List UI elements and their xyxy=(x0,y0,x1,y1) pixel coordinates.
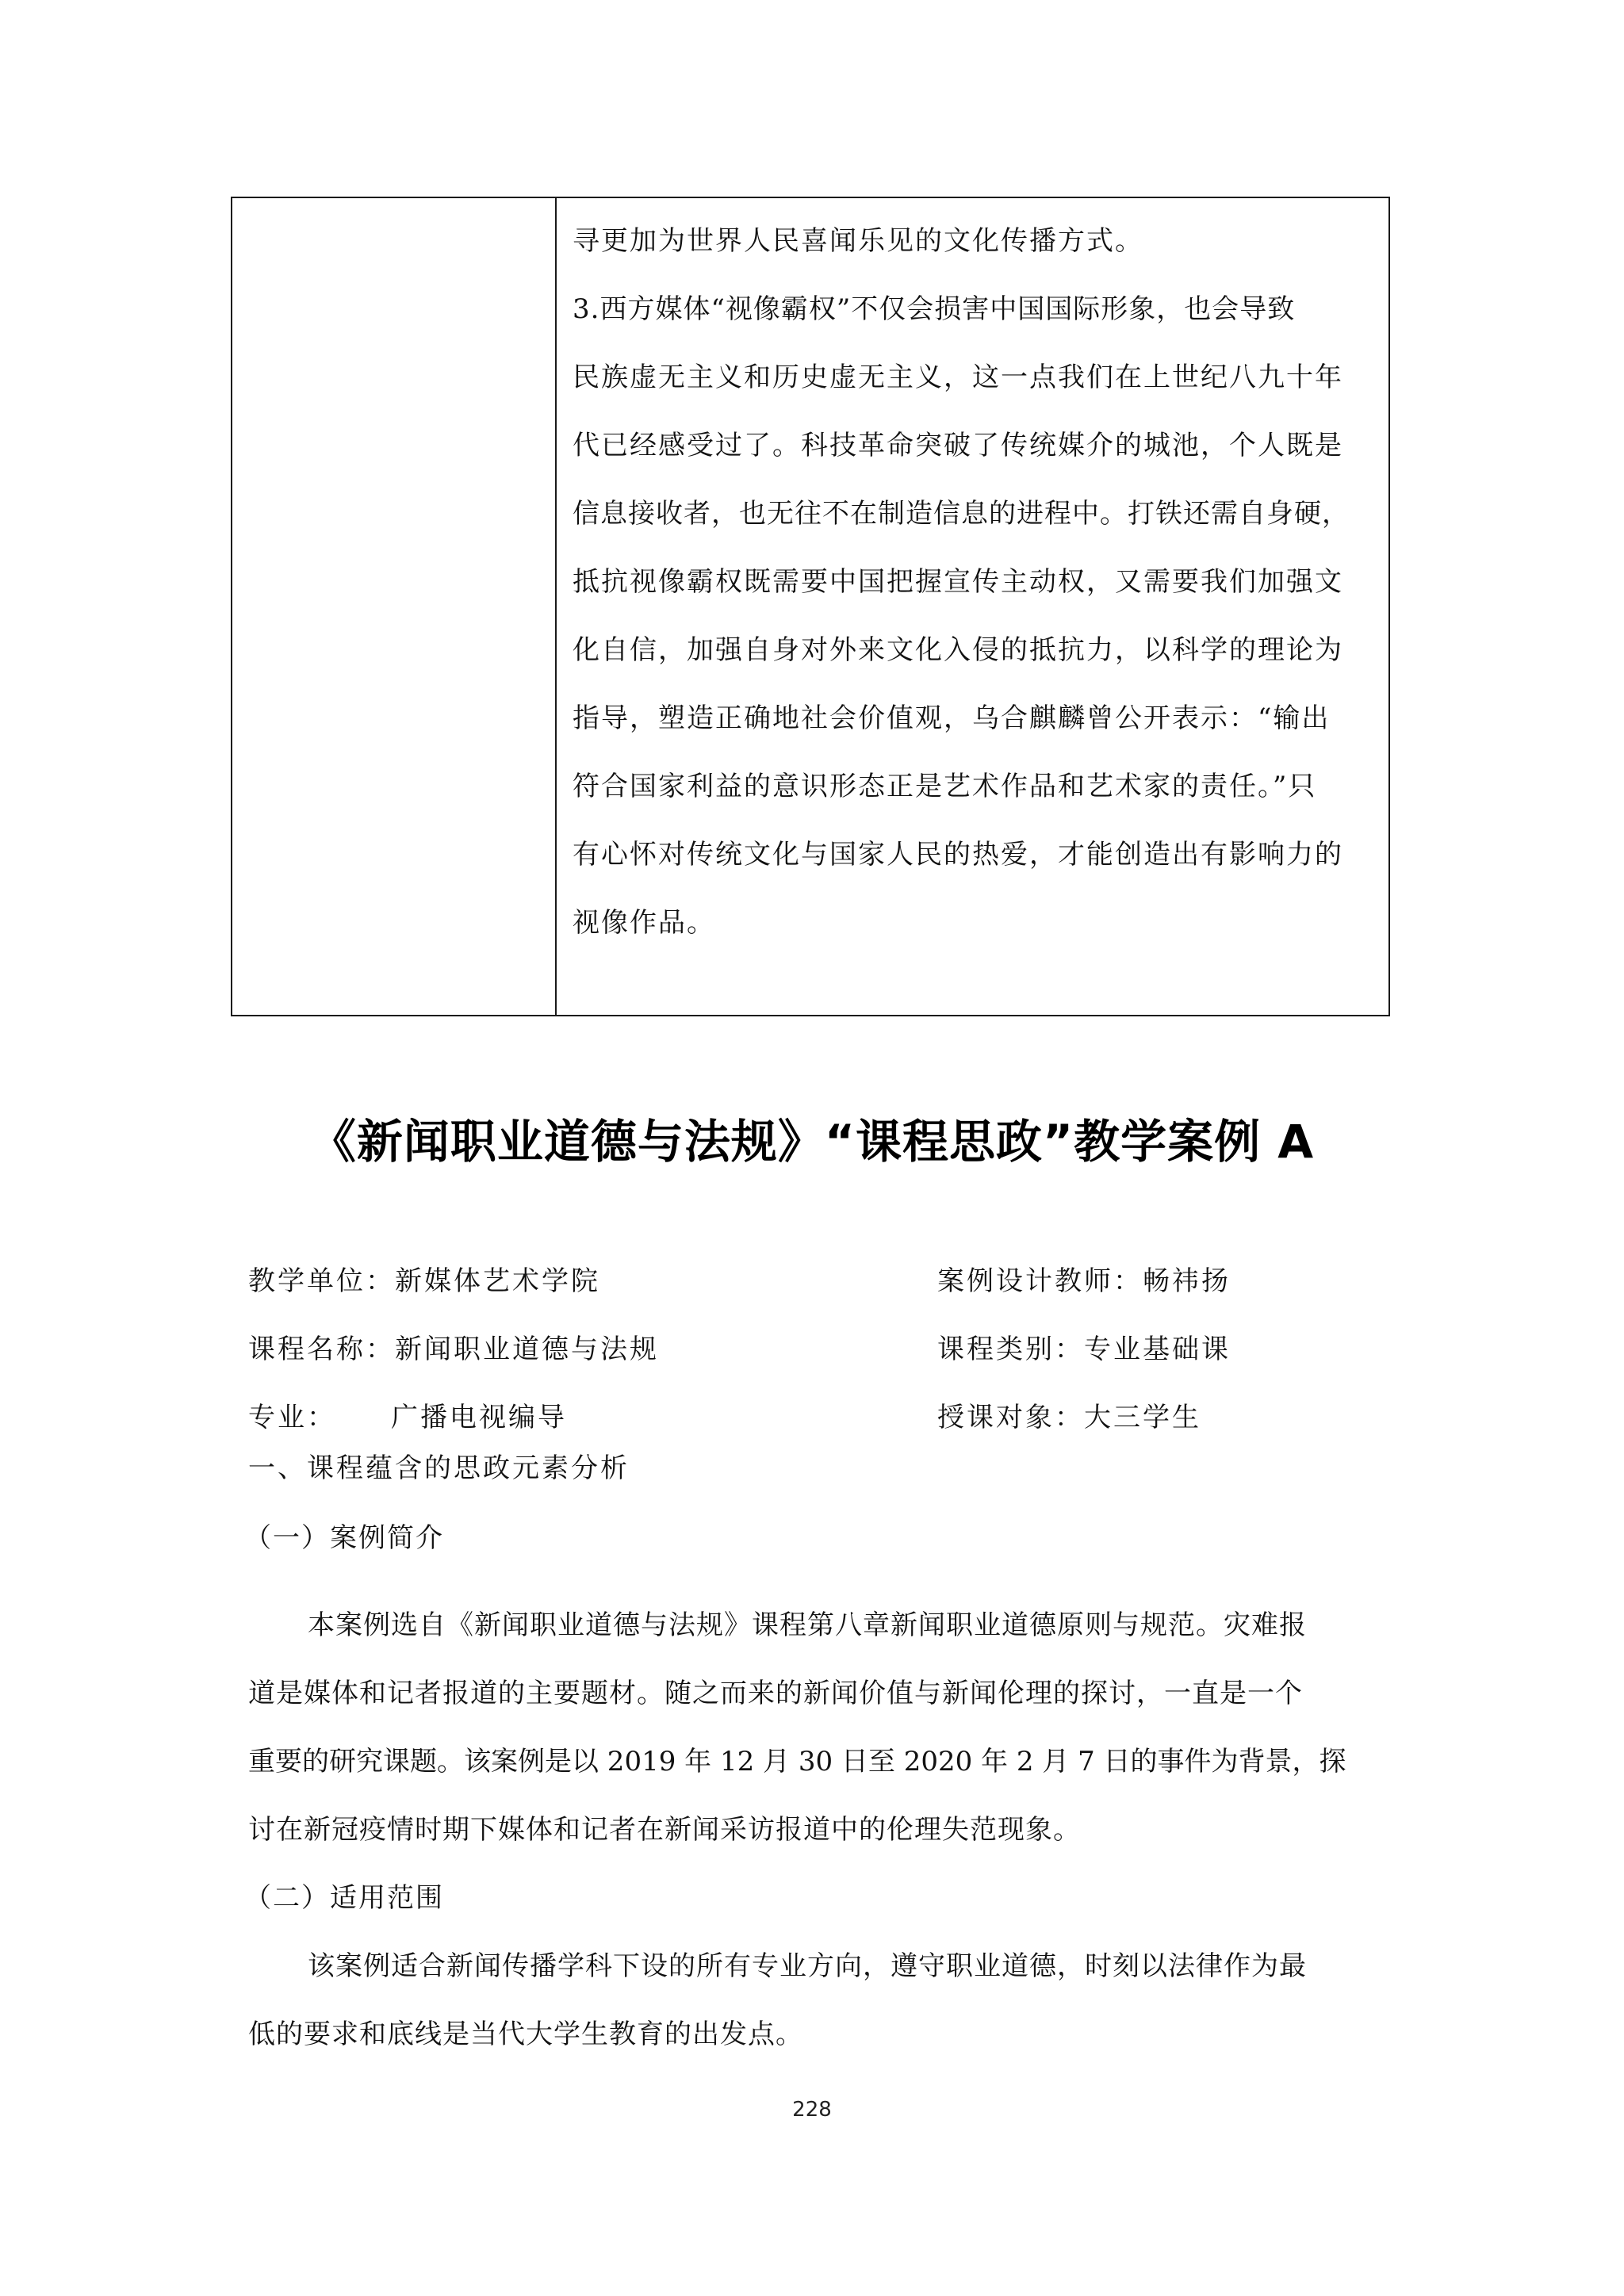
info-label: 专业： xyxy=(248,1402,336,1433)
paragraph-line: 讨在新冠疫情时期下媒体和记者在新闻采访报道中的伦理失范现象。 xyxy=(248,1814,1081,1846)
info-value: 新媒体艺术学院 xyxy=(395,1265,600,1297)
info-value: 大三学生 xyxy=(1084,1402,1201,1433)
info-course-category: 课程类别：专业基础课 xyxy=(937,1334,1231,1365)
document-title: 《新闻职业道德与法规》“课程思政”教学案例 A xyxy=(0,1110,1624,1173)
info-label: 教学单位： xyxy=(248,1265,395,1297)
info-value: 专业基础课 xyxy=(1084,1334,1231,1365)
table-cell-line: 民族虚无主义和历史虚无主义，这一点我们在上世纪八九十年 xyxy=(573,362,1343,393)
paragraph-line: 低的要求和底线是当代大学生教育的出发点。 xyxy=(248,2019,803,2050)
paragraph-line: 本案例选自《新闻职业道德与法规》课程第八章新闻职业道德原则与规范。灾难报 xyxy=(308,1609,1307,1641)
info-major: 专业： 广播电视编导 xyxy=(248,1402,567,1433)
info-audience: 授课对象：大三学生 xyxy=(937,1402,1201,1433)
info-course-name: 课程名称：新闻职业道德与法规 xyxy=(248,1334,659,1365)
subsection-heading: （一）案例简介 xyxy=(244,1522,444,1554)
info-case-designer: 案例设计教师：畅祎扬 xyxy=(937,1265,1231,1297)
table-cell-line: 3.西方媒体“视像霸权”不仅会损害中国国际形象，也会导致 xyxy=(573,293,1295,325)
info-value: 畅祎扬 xyxy=(1143,1265,1231,1297)
info-teaching-unit: 教学单位：新媒体艺术学院 xyxy=(248,1265,600,1297)
table-cell-line: 代已经感受过了。科技革命突破了传统媒介的城池，个人既是 xyxy=(573,430,1343,461)
paragraph-line: 重要的研究课题。该案例是以 2019 年 12 月 30 日至 2020 年 2… xyxy=(248,1746,1346,1777)
info-label: 授课对象： xyxy=(937,1402,1084,1433)
paragraph-line: 道是媒体和记者报道的主要题材。随之而来的新闻价值与新闻伦理的探讨，一直是一个 xyxy=(248,1678,1303,1709)
section-heading: 一、课程蕴含的思政元素分析 xyxy=(248,1452,630,1484)
table-cell-line: 信息接收者，也无往不在制造信息的进程中。打铁还需自身硬， xyxy=(573,498,1350,530)
info-label: 案例设计教师： xyxy=(937,1265,1143,1297)
info-label: 课程类别： xyxy=(937,1334,1084,1365)
table-cell-line: 指导，塑造正确地社会价值观，乌合麒麟曾公开表示：“输出 xyxy=(573,702,1330,734)
table-cell-line: 寻更加为世界人民喜闻乐见的文化传播方式。 xyxy=(573,225,1143,257)
table-left-cell xyxy=(232,198,553,1015)
page-number: 228 xyxy=(0,2096,1624,2123)
subsection-heading: （二）适用范围 xyxy=(244,1882,444,1914)
paragraph-line: 该案例适合新闻传播学科下设的所有专业方向，遵守职业道德，时刻以法律作为最 xyxy=(308,1950,1307,1982)
info-value: 广播电视编导 xyxy=(336,1402,567,1433)
table-cell-line: 抵抗视像霸权既需要中国把握宣传主动权，又需要我们加强文 xyxy=(573,566,1343,598)
info-label: 课程名称： xyxy=(248,1334,395,1365)
info-value: 新闻职业道德与法规 xyxy=(395,1334,659,1365)
table-cell-line: 有心怀对传统文化与国家人民的热爱，才能创造出有影响力的 xyxy=(573,839,1343,871)
table-cell-line: 符合国家利益的意识形态正是艺术作品和艺术家的责任。”只 xyxy=(573,771,1316,802)
table-cell-line: 化自信，加强自身对外来文化入侵的抵抗力，以科学的理论为 xyxy=(573,634,1343,666)
table-column-divider xyxy=(555,197,557,1016)
table-cell-line: 视像作品。 xyxy=(573,907,715,939)
